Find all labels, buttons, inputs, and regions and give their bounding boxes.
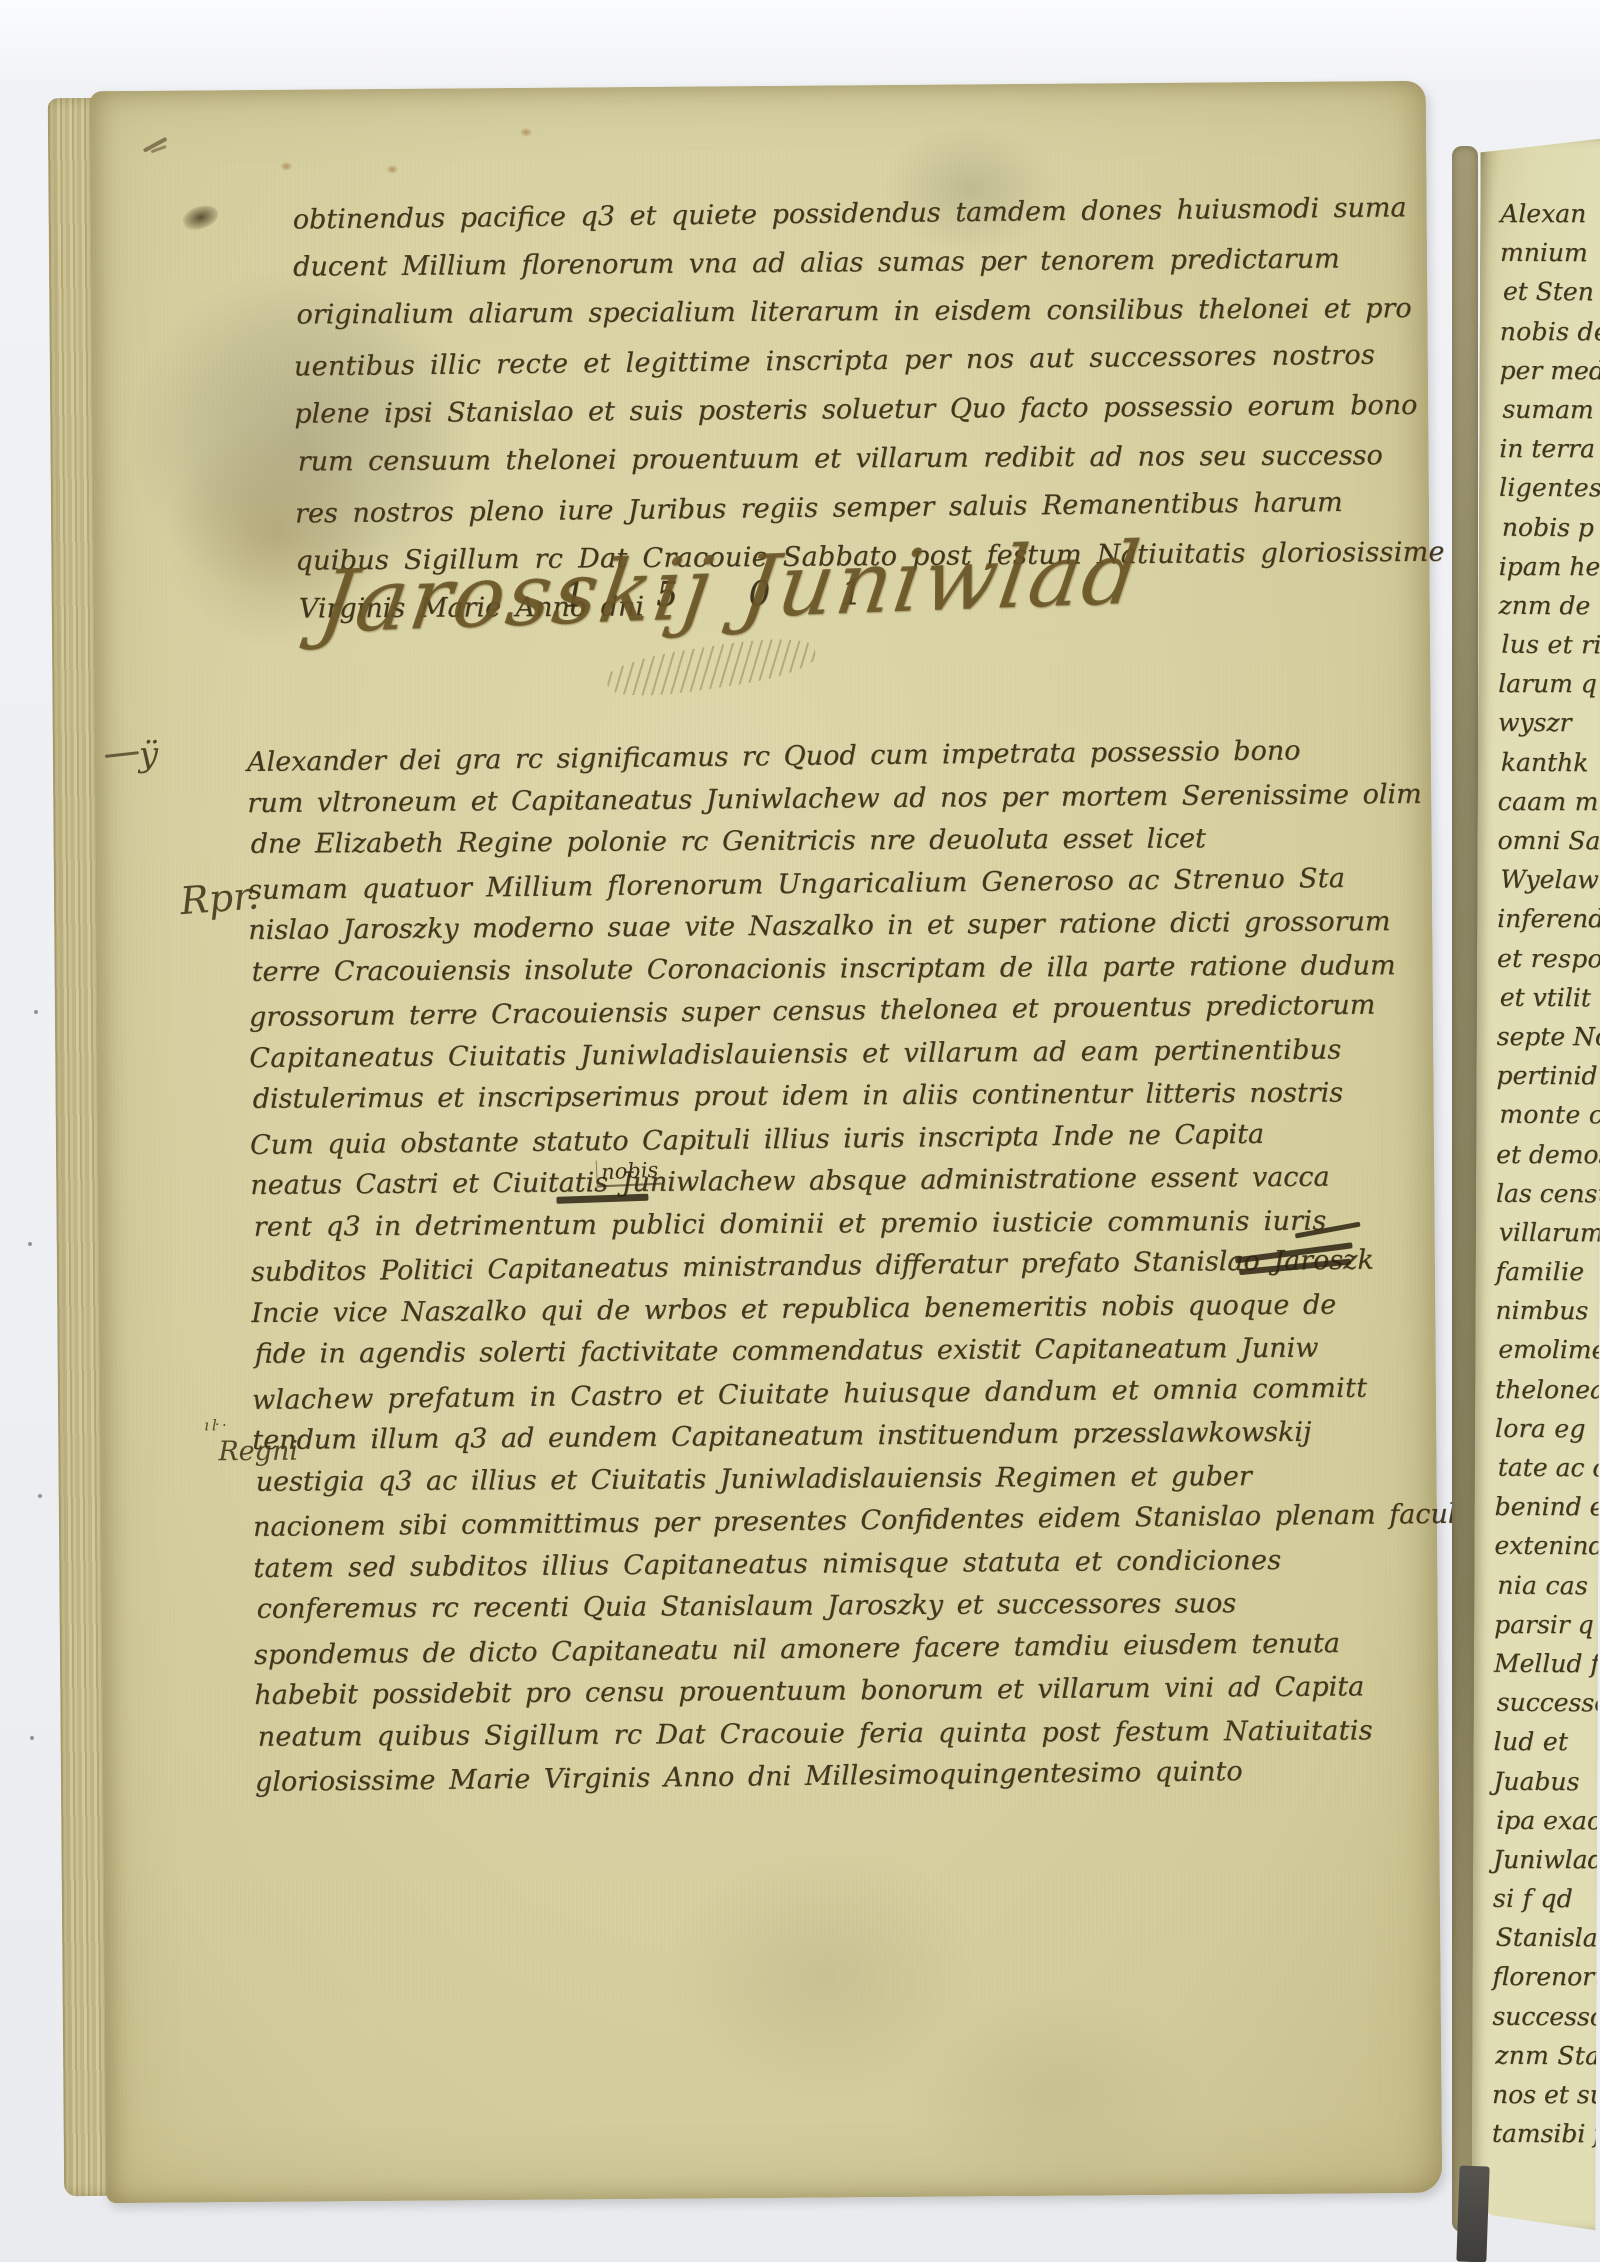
text-line: et vtilit bbox=[1500, 977, 1600, 1017]
text-line: in terra bbox=[1499, 429, 1600, 468]
text-line: larum q bbox=[1498, 664, 1600, 703]
text-line: Stanislaus bbox=[1496, 1918, 1600, 1958]
margin-pen-mark bbox=[143, 137, 168, 153]
stain bbox=[905, 1983, 1207, 2205]
text-line: znm Sta bbox=[1495, 2035, 1600, 2075]
margin-note-regni: Regni bbox=[218, 1436, 298, 1468]
dust-speck bbox=[34, 1010, 38, 1014]
text-line: Mellud f bbox=[1494, 1644, 1600, 1684]
text-line: Alexan bbox=[1500, 194, 1600, 233]
text-line: nobis p bbox=[1502, 507, 1600, 547]
text-line: Juniwlad bbox=[1493, 1840, 1600, 1879]
margin-note-small: ıŀ· bbox=[204, 1416, 230, 1434]
bookmark-ribbon bbox=[1456, 2166, 1489, 2262]
text-line: villarum bbox=[1499, 1213, 1600, 1253]
text-line: lus et ri bbox=[1501, 625, 1600, 665]
text-line: et respon bbox=[1497, 938, 1600, 978]
text-line: znm de bbox=[1498, 586, 1600, 626]
text-line: mnium bbox=[1500, 233, 1600, 273]
text-line: ligentes bbox=[1499, 468, 1600, 508]
ink-blot bbox=[180, 201, 221, 233]
text-line: thelonea bbox=[1495, 1370, 1600, 1409]
text-line: parsir q bbox=[1494, 1605, 1600, 1644]
text-line: nobis del bbox=[1500, 312, 1600, 351]
foxing-spot bbox=[280, 162, 292, 171]
text-line: per medi bbox=[1499, 351, 1600, 391]
text-line: si f qd bbox=[1493, 1879, 1600, 1919]
text-line: lora eg bbox=[1495, 1409, 1600, 1449]
text-line: Juabus bbox=[1493, 1761, 1600, 1801]
text-line: tate ac o bbox=[1498, 1448, 1600, 1488]
dust-speck bbox=[30, 1736, 34, 1740]
right-page-text: Alexanmniumet Stennobis delper medisumam… bbox=[1492, 194, 1600, 2154]
text-line: las census bbox=[1496, 1174, 1600, 1214]
text-line: septe No bbox=[1497, 1017, 1600, 1056]
text-line: kanthk bbox=[1501, 742, 1600, 782]
text-line: sumam bbox=[1502, 390, 1600, 430]
stain bbox=[664, 1844, 986, 2107]
dust-speck bbox=[28, 1242, 32, 1246]
heading-flourish bbox=[604, 631, 818, 703]
text-line: familie bbox=[1496, 1252, 1600, 1291]
interlinear-insertion-nobis: nobis bbox=[596, 1158, 662, 1188]
text-line: emolimen bbox=[1498, 1330, 1600, 1370]
text-line: et Sten bbox=[1503, 272, 1600, 312]
text-line: nos et su bbox=[1492, 2075, 1600, 2114]
text-line: tamsibi f bbox=[1492, 2114, 1600, 2154]
text-line: omni Sa bbox=[1497, 821, 1600, 861]
text-line: successorib bbox=[1492, 1996, 1600, 2036]
text-line: caam m bbox=[1498, 782, 1600, 821]
text-line: monte c bbox=[1499, 1095, 1600, 1135]
margin-note-rpr: Rpr. bbox=[178, 873, 260, 923]
text-line: benind et bbox=[1495, 1487, 1600, 1526]
text-line: lud et bbox=[1494, 1722, 1600, 1761]
text-line: nimbus bbox=[1495, 1291, 1600, 1331]
left-page: obtinendus pacifice q3 et quiete posside… bbox=[90, 81, 1443, 2203]
text-line: ipa exact bbox=[1496, 1800, 1600, 1840]
text-line: inferend bbox=[1497, 899, 1600, 938]
right-page-sliver: Alexanmniumet Stennobis delper medisumam… bbox=[1471, 138, 1600, 2231]
text-line: nia cas bbox=[1497, 1565, 1600, 1605]
paragraph-mark: ÿ bbox=[139, 735, 159, 775]
foxing-spot bbox=[386, 165, 398, 174]
text-line: pertinid bbox=[1496, 1056, 1600, 1096]
foxing-spot bbox=[520, 128, 532, 137]
text-line: ipam he bbox=[1499, 547, 1600, 586]
manuscript-scan: obtinendus pacifice q3 et quiete posside… bbox=[0, 0, 1600, 2262]
text-line: wyszr bbox=[1498, 703, 1600, 743]
dust-speck bbox=[38, 1494, 42, 1498]
text-line: et demostra bbox=[1496, 1135, 1600, 1174]
text-line: extenind bbox=[1494, 1526, 1600, 1566]
text-line: florenorum bbox=[1493, 1957, 1600, 1996]
text-line: Wyelaw bbox=[1500, 860, 1600, 900]
text-line: successores bbox=[1497, 1683, 1600, 1723]
